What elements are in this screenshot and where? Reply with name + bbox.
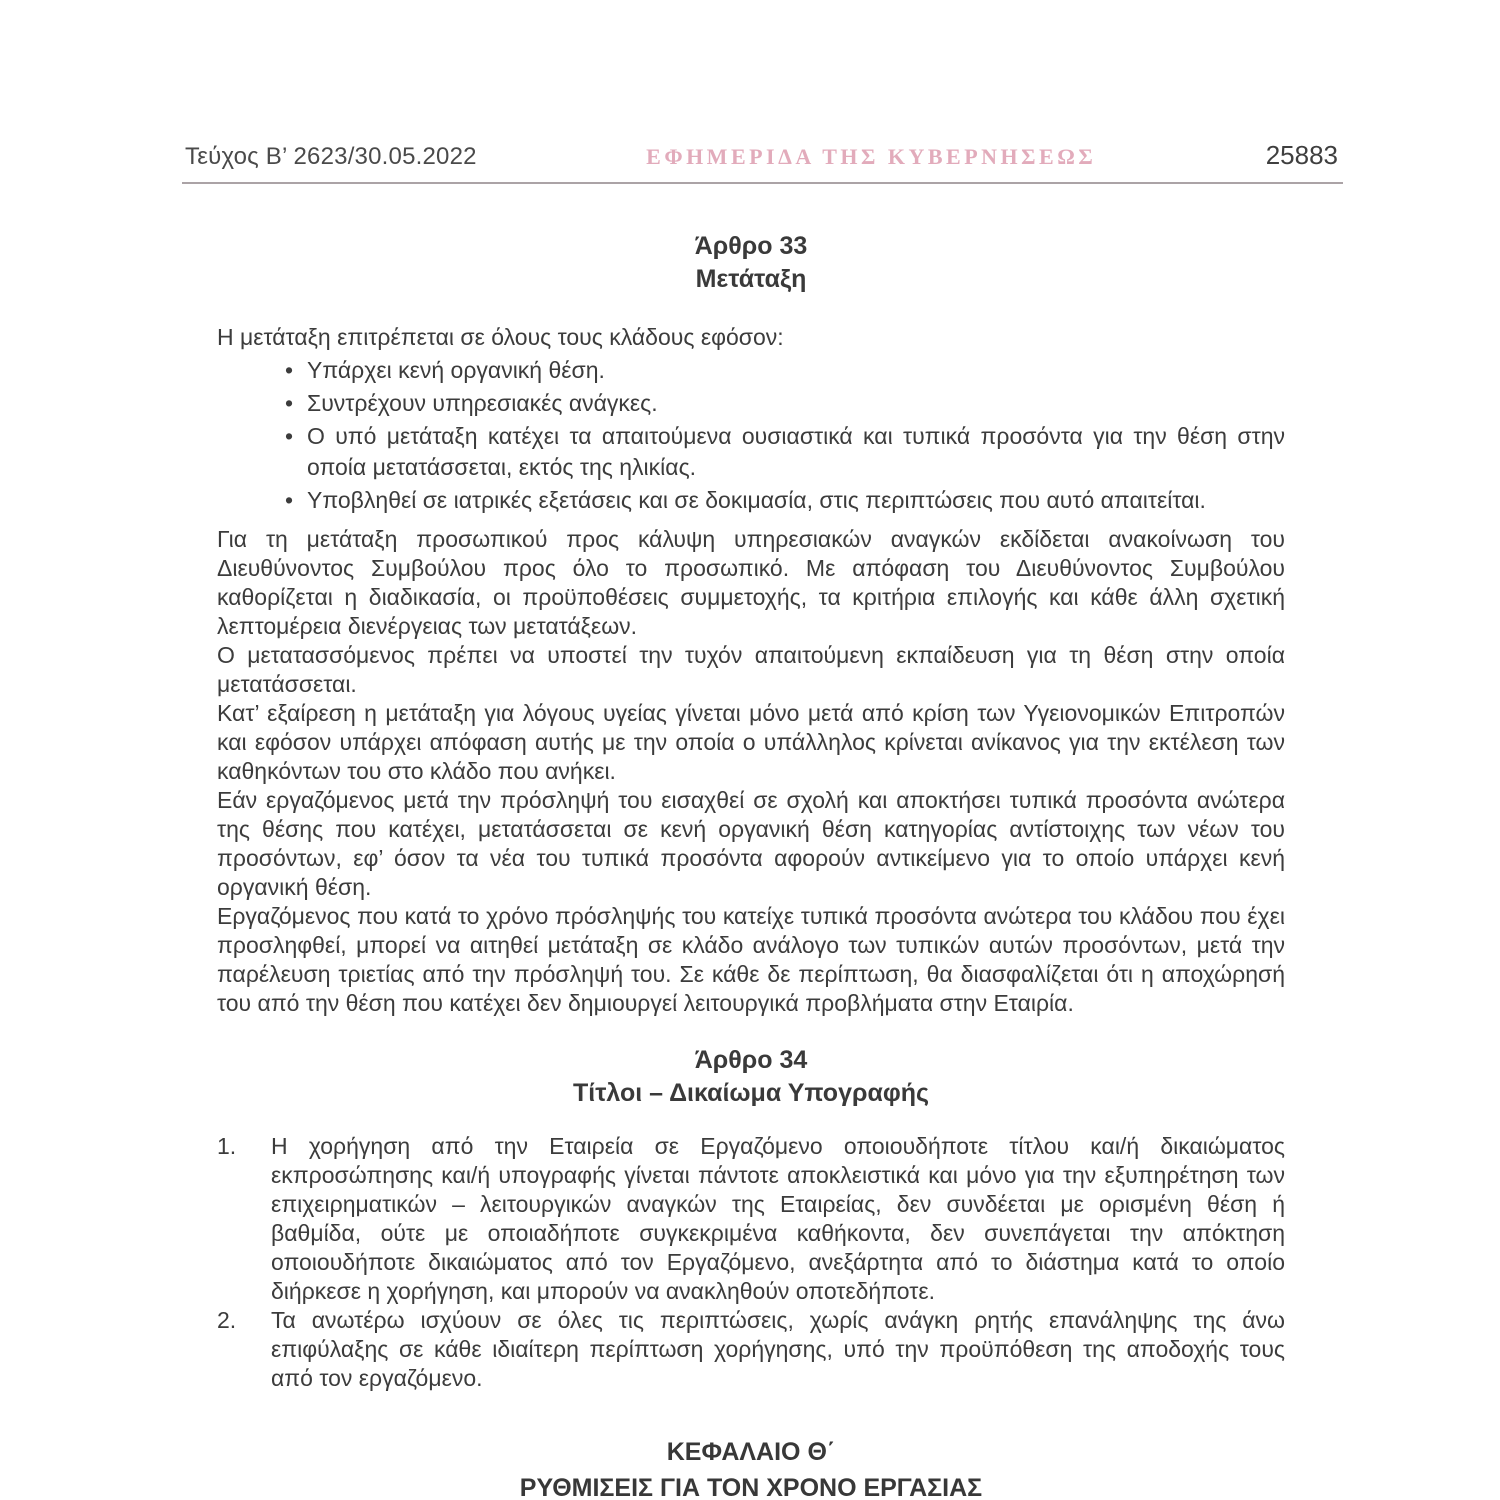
article-33-heading: Άρθρο 33 Μετάταξη [217, 230, 1285, 296]
article-34-numbered-list: 1. Η χορήγηση από την Εταιρεία σε Εργαζό… [217, 1132, 1285, 1393]
bullet-text: Ο υπό μετάταξη κατέχει τα απαιτούμενα ου… [307, 421, 1285, 483]
article-34-subtitle: Τίτλοι – Δικαίωμα Υπογραφής [217, 1077, 1285, 1110]
chapter-subtitle: ΡΥΘΜΙΣΕΙΣ ΓΙΑ ΤΟΝ ΧΡΟΝΟ ΕΡΓΑΣΙΑΣ [217, 1470, 1285, 1500]
bullet-item: • Ο υπό μετάταξη κατέχει τα απαιτούμενα … [285, 421, 1285, 483]
document-body: Άρθρο 33 Μετάταξη Η μετάταξη επιτρέπεται… [217, 230, 1285, 1393]
issue-label: Τεύχος Β’ 2623/30.05.2022 [185, 143, 477, 171]
chapter-title: ΚΕΦΑΛΑΙΟ Θ΄ [217, 1434, 1285, 1470]
article-33-subtitle: Μετάταξη [217, 263, 1285, 296]
bullet-icon: • [285, 485, 307, 516]
page-header: Τεύχος Β’ 2623/30.05.2022 ΕΦΗΜΕΡΙΔΑ ΤΗΣ … [185, 140, 1338, 171]
header-divider [182, 182, 1343, 184]
bullet-text: Συντρέχουν υπηρεσιακές ανάγκες. [307, 388, 1285, 419]
article-33-title: Άρθρο 33 [217, 230, 1285, 263]
paragraph: Για τη μετάταξη προσωπικού προς κάλυψη υ… [217, 525, 1285, 641]
chapter-heading: ΚΕΦΑΛΑΙΟ Θ΄ ΡΥΘΜΙΣΕΙΣ ΓΙΑ ΤΟΝ ΧΡΟΝΟ ΕΡΓΑ… [217, 1434, 1285, 1500]
bullet-item: • Συντρέχουν υπηρεσιακές ανάγκες. [285, 388, 1285, 419]
paragraph: Εργαζόμενος που κατά το χρόνο πρόσληψής … [217, 902, 1285, 1018]
gazette-page: Τεύχος Β’ 2623/30.05.2022 ΕΦΗΜΕΡΙΔΑ ΤΗΣ … [0, 0, 1500, 1500]
page-number: 25883 [1266, 140, 1338, 171]
bullet-text: Υπάρχει κενή οργανική θέση. [307, 355, 1285, 386]
bullet-text: Υποβληθεί σε ιατρικές εξετάσεις και σε δ… [307, 485, 1285, 516]
item-number: 2. [217, 1306, 271, 1393]
paragraph: Εάν εργαζόμενος μετά την πρόσληψή του ει… [217, 786, 1285, 902]
bullet-icon: • [285, 421, 307, 483]
item-text: Τα ανωτέρω ισχύουν σε όλες τις περιπτώσε… [271, 1306, 1285, 1393]
article-33-paragraphs: Για τη μετάταξη προσωπικού προς κάλυψη υ… [217, 525, 1285, 1018]
bullet-icon: • [285, 355, 307, 386]
article-34-heading: Άρθρο 34 Τίτλοι – Δικαίωμα Υπογραφής [217, 1044, 1285, 1110]
bullet-item: • Υπάρχει κενή οργανική θέση. [285, 355, 1285, 386]
bullet-icon: • [285, 388, 307, 419]
numbered-item: 1. Η χορήγηση από την Εταιρεία σε Εργαζό… [217, 1132, 1285, 1306]
condition-bullet-list: • Υπάρχει κενή οργανική θέση. • Συντρέχο… [217, 355, 1285, 516]
paragraph: Κατ’ εξαίρεση η μετάταξη για λόγους υγεί… [217, 699, 1285, 786]
article-34-title: Άρθρο 34 [217, 1044, 1285, 1077]
item-text: Η χορήγηση από την Εταιρεία σε Εργαζόμεν… [271, 1132, 1285, 1306]
numbered-item: 2. Τα ανωτέρω ισχύουν σε όλες τις περιπτ… [217, 1306, 1285, 1393]
article-33-intro: Η μετάταξη επιτρέπεται σε όλους τους κλά… [217, 323, 1285, 352]
paragraph: Ο μετατασσόμενος πρέπει να υποστεί την τ… [217, 641, 1285, 699]
item-number: 1. [217, 1132, 271, 1306]
bullet-item: • Υποβληθεί σε ιατρικές εξετάσεις και σε… [285, 485, 1285, 516]
gazette-masthead: ΕΦΗΜΕΡΙΔΑ ΤΗΣ ΚΥΒΕΡΝΗΣΕΩΣ [646, 144, 1096, 170]
